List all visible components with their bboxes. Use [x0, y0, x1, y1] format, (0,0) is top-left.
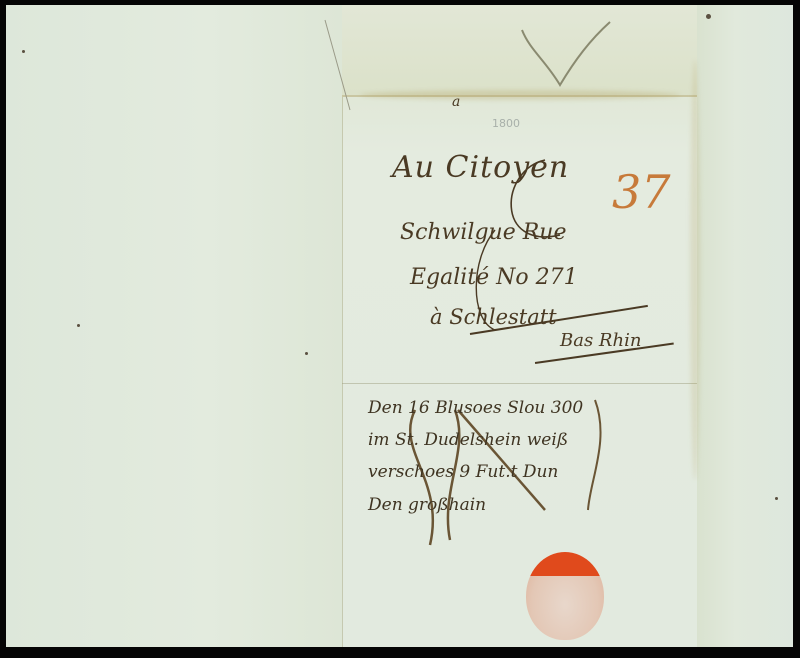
address-line-4: à Schlestatt	[430, 305, 557, 329]
address-line-1: Au Citoyen	[392, 150, 569, 185]
address-line-3: Egalité No 271	[410, 265, 578, 290]
tear-lines	[0, 0, 800, 658]
manuscript-line-4: Den großhain	[368, 495, 486, 515]
pencil-year-note: 1800	[492, 117, 520, 130]
manuscript-line-1: Den 16 Blusoes Slou 300	[368, 398, 583, 418]
wax-seal-remnant	[526, 552, 604, 576]
top-mark: a	[452, 94, 460, 110]
address-line-2: Schwilgue Rue	[400, 220, 566, 245]
spot	[305, 352, 308, 355]
manuscript-line-3: verschoes 9 Fut.t Dun	[368, 462, 558, 482]
spot	[22, 50, 25, 53]
manuscript-line-2: im St. Dudelshein weiß	[368, 430, 568, 450]
postal-rate-mark: 37	[612, 165, 671, 219]
spot	[77, 324, 80, 327]
spot	[706, 14, 711, 19]
wax-seal	[526, 552, 604, 640]
spot	[775, 497, 778, 500]
